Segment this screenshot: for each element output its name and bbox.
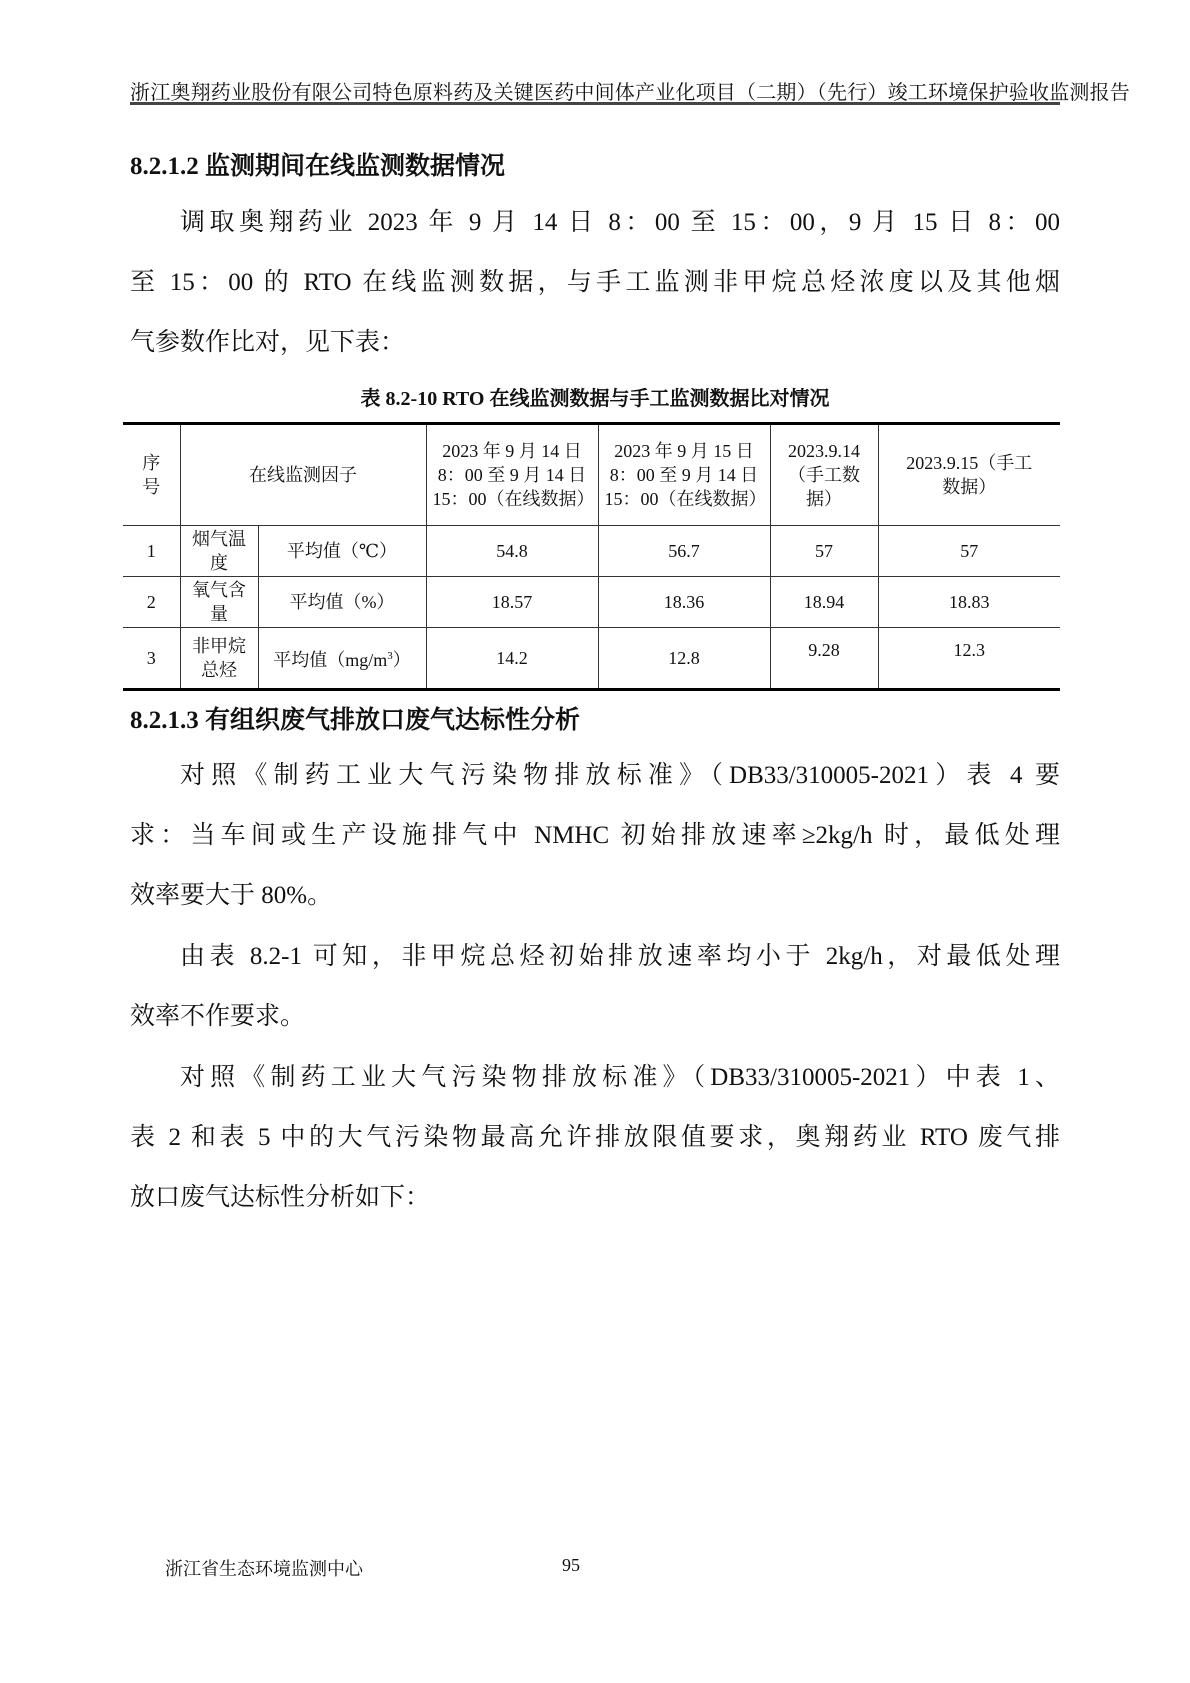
cell-online-0914: 18.57 bbox=[426, 577, 598, 628]
footer-organization: 浙江省生态环境监测中心 bbox=[165, 1555, 363, 1581]
cell-online-0914: 54.8 bbox=[426, 526, 598, 577]
paragraph-line: 放口废气达标性分析如下： bbox=[130, 1168, 1060, 1228]
paragraph-line: 气参数作比对，见下表： bbox=[130, 313, 1060, 373]
cell-factor: 烟气温度 bbox=[180, 526, 258, 577]
page-header-title: 浙江奥翔药业股份有限公司特色原料药及关键医药中间体产业化项目（二期）（先行）竣工… bbox=[130, 76, 1060, 105]
cell-seq: 2 bbox=[123, 577, 180, 628]
cell-manual-0914: 18.94 bbox=[770, 577, 878, 628]
header-manual-0915: 2023.9.15（手工数据） bbox=[878, 424, 1060, 526]
header-divider bbox=[130, 102, 1060, 105]
section-8-2-1-3-paragraph-1: 对照《制药工业大气污染物排放标准》（DB33/310005-2021）表 4 要… bbox=[130, 746, 1060, 926]
cell-seq: 1 bbox=[123, 526, 180, 577]
section-8-2-1-2-paragraph: 调取奥翔药业 2023 年 9 月 14 日 8：00 至 15：00，9 月 … bbox=[130, 193, 1060, 373]
paragraph-line: 求：当车间或生产设施排气中 NMHC 初始排放速率≥2kg/h 时，最低处理 bbox=[130, 806, 1060, 866]
paragraph-line: 效率不作要求。 bbox=[130, 987, 1060, 1047]
cell-metric: 平均值（mg/m3） bbox=[258, 628, 426, 690]
cell-online-0915: 56.7 bbox=[598, 526, 770, 577]
table-row: 3 非甲烷总烃 平均值（mg/m3） 14.2 12.8 9.28 12.3 bbox=[123, 628, 1060, 690]
header-online-0914: 2023 年 9 月 14 日 8：00 至 9 月 14 日 15：00（在线… bbox=[426, 424, 598, 526]
paragraph-line: 对照《制药工业大气污染物排放标准》（DB33/310005-2021）中表 1、 bbox=[130, 1048, 1060, 1108]
comparison-table: 序号 在线监测因子 2023 年 9 月 14 日 8：00 至 9 月 14 … bbox=[123, 422, 1060, 691]
cell-online-0914: 14.2 bbox=[426, 628, 598, 690]
cell-manual-0914: 9.28 bbox=[770, 628, 878, 690]
cell-manual-0915: 12.3 bbox=[878, 628, 1060, 690]
cell-factor: 非甲烷总烃 bbox=[180, 628, 258, 690]
table-row: 2 氧气含量 平均值（%） 18.57 18.36 18.94 18.83 bbox=[123, 577, 1060, 628]
table-caption: 表 8.2-10 RTO 在线监测数据与手工监测数据比对情况 bbox=[130, 382, 1060, 411]
section-heading-8-2-1-3: 8.2.1.3 有组织废气排放口废气达标性分析 bbox=[130, 700, 580, 736]
paragraph-line: 由表 8.2-1 可知，非甲烷总烃初始排放速率均小于 2kg/h，对最低处理 bbox=[130, 927, 1060, 987]
cell-online-0915: 12.8 bbox=[598, 628, 770, 690]
section-8-2-1-3-paragraph-2: 由表 8.2-1 可知，非甲烷总烃初始排放速率均小于 2kg/h，对最低处理 效… bbox=[130, 927, 1060, 1047]
table-row: 1 烟气温度 平均值（℃） 54.8 56.7 57 57 bbox=[123, 526, 1060, 577]
metric-suffix: ） bbox=[393, 650, 411, 670]
metric-text: 平均值（mg/m bbox=[273, 650, 387, 670]
cell-manual-0914: 57 bbox=[770, 526, 878, 577]
cell-factor: 氧气含量 bbox=[180, 577, 258, 628]
table-header-row: 序号 在线监测因子 2023 年 9 月 14 日 8：00 至 9 月 14 … bbox=[123, 424, 1060, 526]
cell-metric: 平均值（%） bbox=[258, 577, 426, 628]
header-seq: 序号 bbox=[123, 424, 180, 526]
cell-online-0915: 18.36 bbox=[598, 577, 770, 628]
paragraph-line: 效率要大于 80%。 bbox=[130, 866, 1060, 926]
header-factor: 在线监测因子 bbox=[180, 424, 426, 526]
paragraph-line: 至 15：00 的 RTO 在线监测数据，与手工监测非甲烷总烃浓度以及其他烟 bbox=[130, 253, 1060, 313]
cell-metric: 平均值（℃） bbox=[258, 526, 426, 577]
paragraph-line: 对照《制药工业大气污染物排放标准》（DB33/310005-2021）表 4 要 bbox=[130, 746, 1060, 806]
cell-manual-0915: 57 bbox=[878, 526, 1060, 577]
page-number: 95 bbox=[562, 1555, 580, 1576]
paragraph-line: 调取奥翔药业 2023 年 9 月 14 日 8：00 至 15：00，9 月 … bbox=[130, 193, 1060, 253]
cell-seq: 3 bbox=[123, 628, 180, 690]
cell-manual-0915: 18.83 bbox=[878, 577, 1060, 628]
section-8-2-1-3-paragraph-3: 对照《制药工业大气污染物排放标准》（DB33/310005-2021）中表 1、… bbox=[130, 1048, 1060, 1228]
section-heading-8-2-1-2: 8.2.1.2 监测期间在线监测数据情况 bbox=[130, 146, 505, 182]
header-manual-0914: 2023.9.14（手工数据） bbox=[770, 424, 878, 526]
header-online-0915: 2023 年 9 月 15 日 8：00 至 9 月 14 日 15：00（在线… bbox=[598, 424, 770, 526]
paragraph-line: 表 2 和表 5 中的大气污染物最高允许排放限值要求，奥翔药业 RTO 废气排 bbox=[130, 1108, 1060, 1168]
